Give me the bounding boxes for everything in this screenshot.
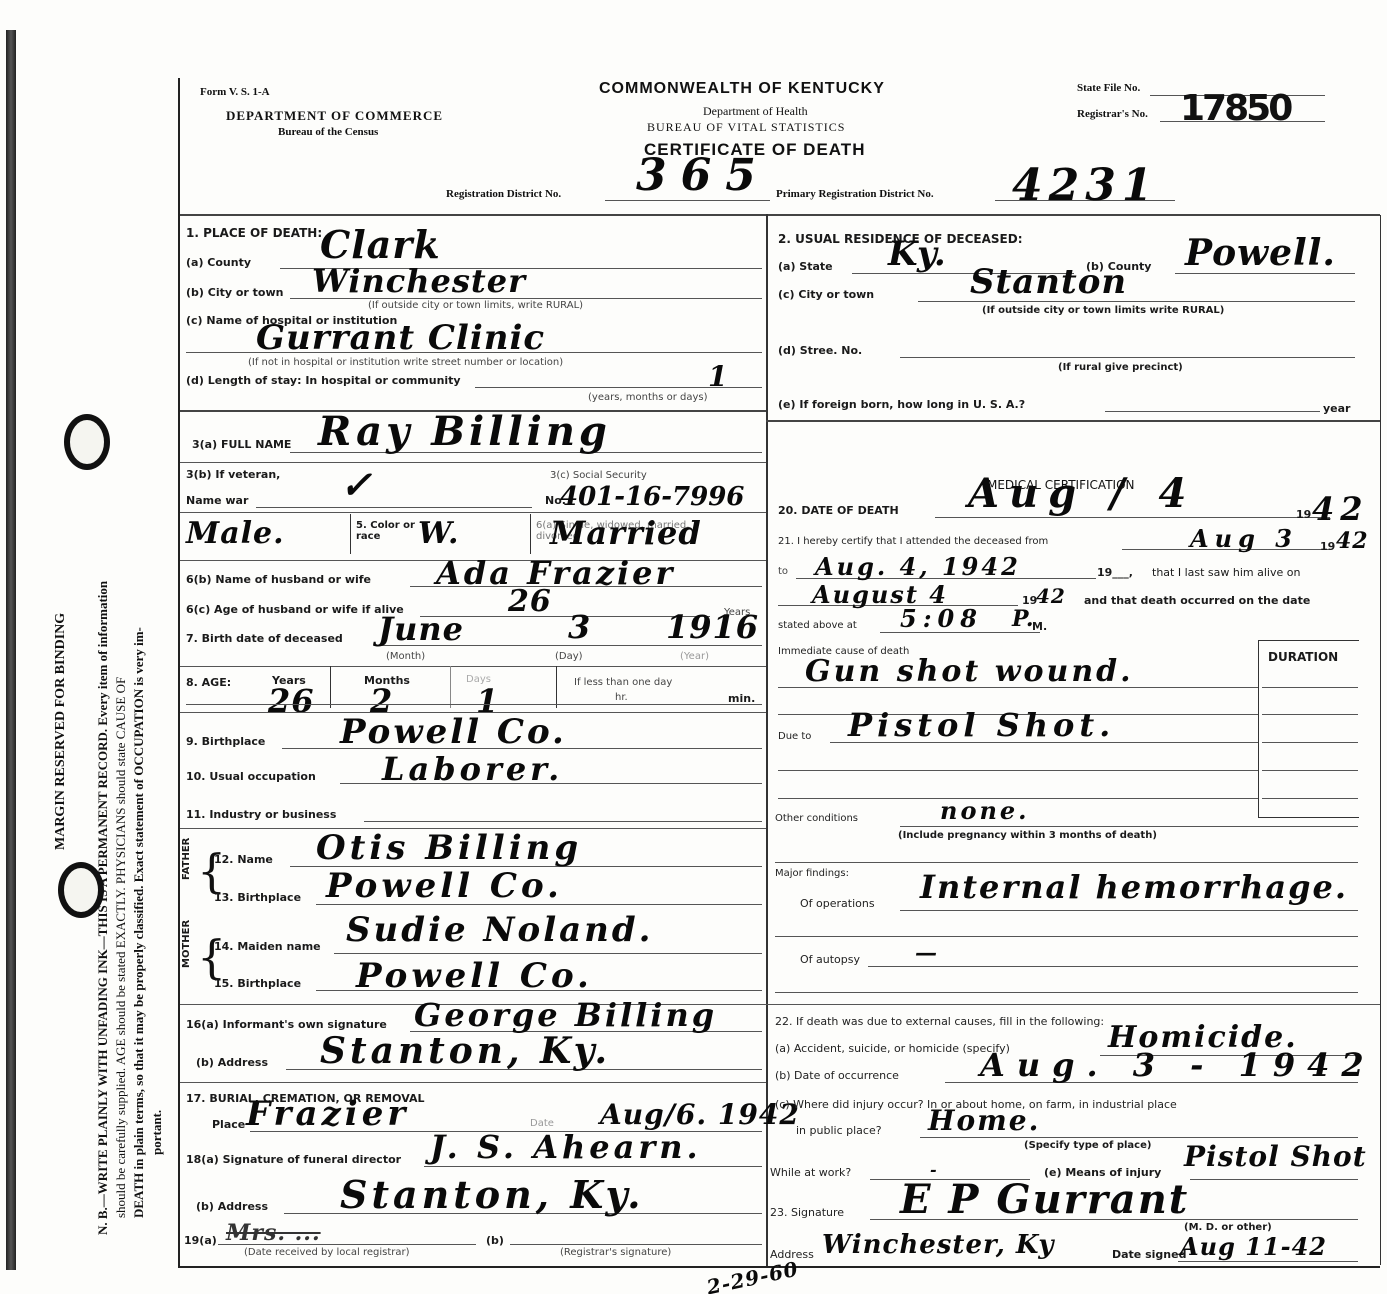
- res-street-line: [900, 357, 1355, 358]
- margin-reserved-text: MARGIN RESERVED FOR BINDING: [52, 613, 69, 850]
- findings-top-line: [775, 862, 1358, 863]
- autopsy-label: Of autopsy: [800, 953, 860, 966]
- less-day-label: If less than one day: [574, 677, 672, 688]
- other-value: none.: [940, 796, 1030, 825]
- director-label: 18(a) Signature of funeral director: [186, 1153, 401, 1166]
- due-to-value: Pistol Shot.: [848, 706, 1115, 744]
- rule-before-external: [766, 1004, 1380, 1005]
- date-signed-line: [1178, 1261, 1358, 1262]
- age-div-2: [450, 666, 451, 708]
- res-state-label: (a) State: [778, 260, 833, 273]
- findings-bottom-line: [775, 992, 1358, 993]
- body-top-rule: [180, 214, 1380, 216]
- dod-value: Aug / 4: [968, 470, 1196, 517]
- occurrence-date-value: Aug. 3 - 1942: [980, 1046, 1376, 1084]
- color-divider: [530, 514, 531, 554]
- dod-year-prefix: 19: [1296, 508, 1311, 521]
- stated-label: stated above at: [778, 620, 857, 631]
- registrar-no-label: Registrar's No.: [1077, 108, 1148, 120]
- dod-year-value: 42: [1312, 490, 1369, 528]
- spouse-age-value: 26: [508, 584, 552, 619]
- filed-label: 19(a): [184, 1234, 217, 1247]
- spouse-value: Ada Frazier: [436, 554, 675, 592]
- cert-address-value: Winchester, Ky: [822, 1230, 1054, 1260]
- last-saw-label: that I last saw him alive on: [1152, 566, 1300, 579]
- mother-tag: MOTHER: [181, 920, 192, 968]
- day-note: (Day): [555, 651, 583, 662]
- dept-health: Department of Health: [703, 104, 808, 119]
- place-of-death-heading: 1. PLACE OF DEATH:: [186, 226, 322, 240]
- means-line: [1190, 1179, 1358, 1180]
- stay-label: (d) Length of stay: In hospital or commu…: [186, 374, 461, 387]
- where-line: [920, 1137, 1358, 1138]
- public-place-label: in public place?: [796, 1124, 882, 1137]
- month-note: (Month): [386, 651, 425, 662]
- margin-note-line2: should be carefully supplied. AGE should…: [112, 677, 129, 1218]
- form-left-border: [178, 78, 180, 1268]
- industry-line: [364, 821, 762, 822]
- dod-label: 20. DATE OF DEATH: [778, 504, 899, 517]
- duration-line-4: [1262, 770, 1358, 771]
- color-label: 5. Color or race: [356, 520, 416, 542]
- filed-value: Mrs. ...: [226, 1220, 321, 1246]
- rule-after-residence: [766, 420, 1380, 422]
- res-county-value: Powell.: [1185, 232, 1336, 274]
- last-saw-year-value: 42: [1036, 584, 1066, 608]
- occurrence-date-label: (b) Date of occurrence: [775, 1069, 899, 1082]
- father-name-value: Otis Billing: [316, 828, 582, 868]
- duration-line-2: [1262, 714, 1358, 715]
- signature-label: 23. Signature: [770, 1206, 844, 1219]
- primary-reg-label: Primary Registration District No.: [776, 188, 934, 200]
- attend-from-year-value: 42: [1336, 528, 1369, 554]
- spouse-age-label: 6(c) Age of husband or wife if alive: [186, 603, 404, 616]
- external-heading: 22. If death was due to external causes,…: [775, 1015, 1104, 1028]
- occupation-label: 10. Usual occupation: [186, 770, 316, 783]
- hospital-value: Gurrant Clinic: [256, 318, 545, 358]
- rule-after-birth: [180, 666, 766, 667]
- means-value: Pistol Shot: [1184, 1140, 1367, 1173]
- primary-reg-number: 4231: [1012, 160, 1158, 211]
- burial-place-value: Frazier: [246, 1094, 409, 1134]
- to-label: to: [778, 566, 788, 577]
- full-name-value: Ray Billing: [318, 408, 611, 455]
- county-label: (a) County: [186, 256, 251, 269]
- res-city-note: (If outside city or town limits write RU…: [982, 305, 1224, 316]
- birthplace-value: Powell Co.: [340, 712, 567, 752]
- father-birth-value: Powell Co.: [326, 866, 563, 906]
- attend-from-value: Aug 3: [1190, 524, 1298, 553]
- rule-after-ssn: [180, 512, 766, 513]
- date-signed-label: Date signed: [1112, 1248, 1186, 1261]
- age-line: [186, 704, 762, 705]
- res-city-value: Stanton: [970, 262, 1127, 302]
- attend-label: 21. I hereby certify that I attended the…: [778, 536, 1048, 547]
- foreign-label: (e) If foreign born, how long in U. S. A…: [778, 398, 1025, 411]
- year-note: (Year): [680, 651, 709, 662]
- spouse-label: 6(b) Name of husband or wife: [186, 573, 371, 586]
- mother-name-line: [334, 953, 762, 954]
- dod-line: [935, 517, 1330, 518]
- age-label: 8. AGE:: [186, 676, 231, 689]
- birth-day-value: 3: [568, 608, 591, 646]
- death-occurred-label: and that death occurred on the date: [1084, 594, 1310, 607]
- external-kind-label: (a) Accident, suicide, or homicide (spec…: [775, 1042, 1010, 1055]
- full-name-label: 3(a) FULL NAME: [192, 438, 291, 451]
- mother-name-value: Sudie Noland.: [346, 910, 653, 950]
- stay-note: (years, months or days): [588, 392, 708, 403]
- occupation-value: Laborer.: [382, 750, 563, 788]
- age-div-1: [330, 666, 331, 708]
- ssn-label: 3(c) Social Security: [550, 470, 647, 481]
- father-tag: FATHER: [181, 838, 192, 880]
- registrar-note: (Registrar's signature): [560, 1247, 671, 1258]
- informant-addr-value: Stanton, Ky.: [320, 1030, 611, 1072]
- margin-note-line1: N. B.—WRITE PLAINLY WITH UNFADING INK—TH…: [94, 581, 111, 1235]
- color-value: W.: [418, 516, 459, 551]
- birthplace-label: 9. Birthplace: [186, 735, 265, 748]
- war-value: ✓: [340, 462, 373, 507]
- footer-stamp: 2-29-60: [705, 1257, 801, 1294]
- dept-commerce: DEPARTMENT OF COMMERCE: [226, 108, 443, 124]
- signature-value: E P Gurrant: [900, 1176, 1189, 1223]
- burial-place-label: Place: [212, 1118, 245, 1131]
- other-note: (Include pregnancy within 3 months of de…: [898, 830, 1157, 841]
- war-line: [256, 507, 532, 508]
- duration-line-1: [1262, 687, 1358, 688]
- operations-line: [900, 910, 1358, 911]
- sex-divider: [350, 514, 351, 554]
- hospital-note: (If not in hospital or institution write…: [248, 357, 563, 368]
- m-label: M.: [1032, 620, 1047, 633]
- immediate-value: Gun shot wound.: [805, 654, 1134, 689]
- rule-after-name: [180, 462, 766, 463]
- other-label: Other conditions: [775, 813, 858, 824]
- autopsy-line: [868, 966, 1358, 967]
- filed-note: (Date received by local registrar): [244, 1247, 410, 1258]
- due-to-label: Due to: [778, 731, 811, 742]
- death-time-value: 5:08: [900, 604, 983, 633]
- punch-hole-top: [64, 414, 110, 470]
- bureau-vital-stats: BUREAU OF VITAL STATISTICS: [647, 120, 845, 135]
- duration-box: [1258, 640, 1359, 818]
- where-note: (Specify type of place): [1024, 1140, 1151, 1151]
- date-signed-value: Aug 11-42: [1180, 1232, 1327, 1261]
- father-birth-label: 13. Birthplace: [214, 891, 301, 904]
- findings-label: Major findings:: [775, 868, 849, 879]
- res-state-value: Ky.: [888, 234, 947, 274]
- veteran-label: 3(b) If veteran,: [186, 468, 280, 481]
- director-addr-value: Stanton, Ky.: [340, 1172, 645, 1217]
- city-value: Winchester: [312, 262, 526, 300]
- attend-from-year-prefix: 19: [1320, 540, 1335, 553]
- city-label: (b) City or town: [186, 286, 283, 299]
- age-div-3: [556, 666, 557, 708]
- mother-birth-label: 15. Birthplace: [214, 977, 301, 990]
- director-line: [424, 1166, 762, 1167]
- other-line: [900, 826, 1358, 827]
- marital-value: Married: [550, 514, 702, 552]
- binding-strip: [6, 30, 16, 1270]
- findings-mid-line: [775, 936, 1358, 937]
- where-value: Home.: [928, 1104, 1040, 1137]
- state-file-label: State File No.: [1077, 82, 1140, 94]
- birth-label: 7. Birth date of deceased: [186, 632, 343, 645]
- ssn-value: 401-16-7996: [560, 482, 744, 512]
- commonwealth-title: COMMONWEALTH OF KENTUCKY: [599, 80, 885, 98]
- director-value: J. S. Ahearn.: [430, 1128, 702, 1166]
- birth-year-value: 1916: [666, 608, 759, 646]
- war-label: Name war: [186, 494, 248, 507]
- registrar-line: [510, 1244, 762, 1245]
- res-street-note: (If rural give precinct): [1058, 362, 1183, 373]
- county-value: Clark: [320, 222, 441, 267]
- burial-date-value: Aug/6. 1942: [600, 1098, 800, 1131]
- duration-label: DURATION: [1268, 650, 1338, 664]
- margin-note-line4: portant.: [148, 1110, 165, 1155]
- duration-line-5: [1262, 798, 1358, 799]
- operations-value: Internal hemorrhage.: [920, 868, 1348, 906]
- reg-district-number: 365: [636, 150, 770, 201]
- operations-label: Of operations: [800, 897, 875, 910]
- res-street-label: (d) Stree. No.: [778, 344, 862, 357]
- res-city-label: (c) City or town: [778, 288, 874, 301]
- duration-line-3: [1262, 742, 1358, 743]
- industry-label: 11. Industry or business: [186, 808, 336, 821]
- mother-name-label: 14. Maiden name: [214, 940, 321, 953]
- age-years-value: 26: [268, 682, 315, 720]
- sex-value: Male.: [186, 516, 285, 551]
- state-file-number: 17850: [1180, 88, 1290, 129]
- autopsy-value: —: [915, 940, 938, 966]
- attend-to-value: Aug. 4, 1942: [815, 552, 1021, 581]
- cause-line-4: [778, 770, 1258, 771]
- city-note: (If outside city or town limits, write R…: [368, 300, 583, 311]
- form-number: Form V. S. 1-A: [200, 86, 270, 98]
- foreign-line: [1105, 411, 1320, 412]
- stay-value: 1: [708, 360, 728, 393]
- mother-birth-value: Powell Co.: [356, 956, 593, 996]
- rule-after-informant: [180, 1082, 766, 1083]
- to-year-prefix: 19___,: [1097, 566, 1133, 579]
- margin-note-line3: DEATH in plain terms, so that it may be …: [130, 627, 147, 1218]
- hr-label: hr.: [615, 692, 628, 703]
- informant-addr-label: (b) Address: [196, 1056, 268, 1069]
- bureau-census: Bureau of the Census: [278, 126, 378, 138]
- registrar-label: (b): [486, 1234, 504, 1247]
- work-label: While at work?: [770, 1166, 851, 1179]
- foreign-unit: year: [1323, 402, 1350, 415]
- director-addr-label: (b) Address: [196, 1200, 268, 1213]
- form-right-border: [1380, 215, 1381, 1265]
- informant-sig-value: George Billing: [414, 996, 717, 1034]
- reg-district-label: Registration District No.: [446, 188, 561, 200]
- father-name-label: 12. Name: [214, 853, 273, 866]
- birth-month-value: June: [378, 610, 464, 648]
